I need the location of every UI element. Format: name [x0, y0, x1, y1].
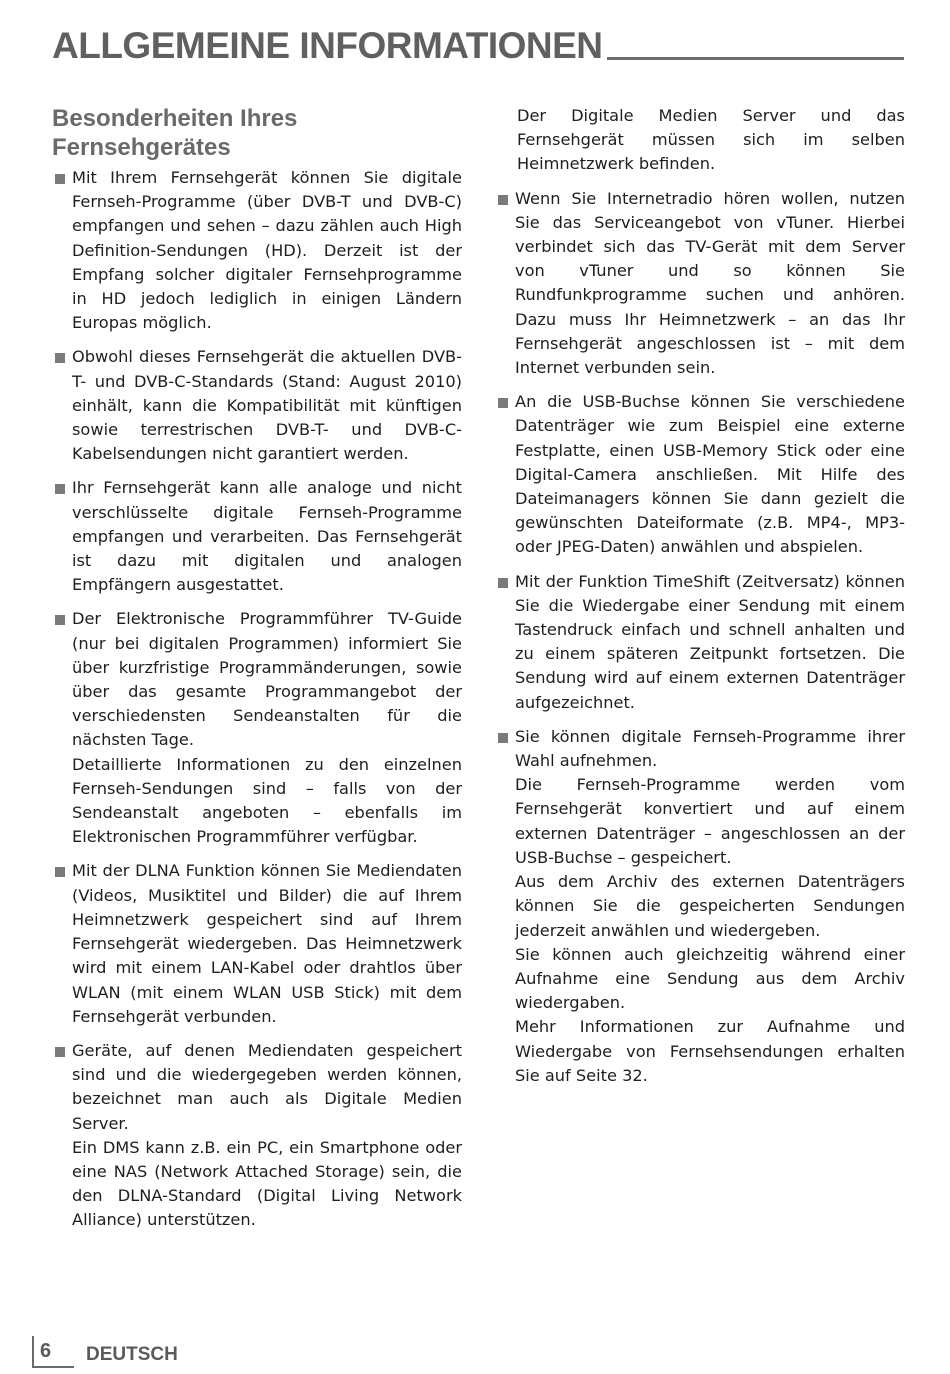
list-item: Mit Ihrem Fernsehgerät können Sie digita…: [52, 166, 462, 335]
page-title: ALLGEMEINE INFORMATIONEN: [52, 20, 904, 66]
list-item-text: An die USB-Buchse können Sie verschieden…: [515, 390, 905, 559]
left-column: Besonderheiten Ihres Fernsehgerätes Mit …: [52, 104, 462, 1243]
section-heading: Besonderheiten Ihres Fernsehgerätes: [52, 104, 462, 162]
bullet-square-icon: [498, 578, 508, 588]
list-item-text: Mit der DLNA Funktion können Sie Mediend…: [72, 859, 462, 1028]
list-item: Sie können digitale Fernseh-Programme ih…: [495, 725, 905, 1088]
list-item: Mit der DLNA Funktion können Sie Mediend…: [52, 859, 462, 1028]
page-title-text: ALLGEMEINE INFORMATIONEN: [52, 26, 603, 66]
list-item-continuation: Aus dem Archiv des externen Datenträgers…: [515, 870, 905, 943]
list-item-text: Mit Ihrem Fernsehgerät können Sie digita…: [72, 166, 462, 335]
list-item-text: Mit der Funktion TimeShift (Zeitversatz)…: [515, 570, 905, 715]
bullet-square-icon: [55, 484, 65, 494]
bullet-square-icon: [498, 195, 508, 205]
list-item-text: Ihr Fernsehgerät kann alle analoge und n…: [72, 476, 462, 597]
list-item-text: Sie können digitale Fernseh-Programme ih…: [515, 725, 905, 773]
bullet-square-icon: [498, 733, 508, 743]
bullet-square-icon: [498, 398, 508, 408]
bullet-square-icon: [55, 615, 65, 625]
bullet-square-icon: [55, 174, 65, 184]
bullet-square-icon: [55, 353, 65, 363]
page-number: 6: [40, 1340, 51, 1363]
page-number-bracket: [32, 1336, 74, 1368]
list-item-text: Geräte, auf denen Mediendaten gespeicher…: [72, 1039, 462, 1136]
list-item: An die USB-Buchse können Sie verschieden…: [495, 390, 905, 559]
list-item: Der Elektronische Programmführer TV-Guid…: [52, 607, 462, 849]
list-item: Ihr Fernsehgerät kann alle analoge und n…: [52, 476, 462, 597]
bullet-square-icon: [55, 867, 65, 877]
title-rule: [607, 57, 904, 60]
lead-paragraph-wrap: Der Digitale Medien Server und das Ferns…: [495, 104, 905, 177]
list-item: Mit der Funktion TimeShift (Zeitversatz)…: [495, 570, 905, 715]
list-item-continuation: Sie können auch gleichzeitig während ein…: [515, 943, 905, 1016]
list-item-continuation: Detaillierte Informationen zu den einzel…: [72, 753, 462, 850]
lead-paragraph: Der Digitale Medien Server und das Ferns…: [517, 104, 905, 177]
list-item: Obwohl dieses Fernsehgerät die aktuellen…: [52, 345, 462, 466]
list-item: Geräte, auf denen Mediendaten gespeicher…: [52, 1039, 462, 1233]
list-item-text: Obwohl dieses Fernsehgerät die aktuellen…: [72, 345, 462, 466]
bullet-square-icon: [55, 1047, 65, 1057]
list-item-continuation: Ein DMS kann z.B. ein PC, ein Smartphone…: [72, 1136, 462, 1233]
list-item: Wenn Sie Internetradio hören wollen, nut…: [495, 187, 905, 381]
language-label: DEUTSCH: [86, 1344, 178, 1366]
list-item-text: Der Elektronische Programmführer TV-Guid…: [72, 607, 462, 752]
list-item-continuation: Mehr Informationen zur Aufnahme und Wied…: [515, 1015, 905, 1088]
list-item-text: Wenn Sie Internetradio hören wollen, nut…: [515, 187, 905, 381]
page-footer: 6 DEUTSCH: [32, 1336, 332, 1368]
right-column: Der Digitale Medien Server und das Ferns…: [495, 104, 905, 1098]
list-item-continuation: Die Fernseh-Programme werden vom Fernseh…: [515, 773, 905, 870]
